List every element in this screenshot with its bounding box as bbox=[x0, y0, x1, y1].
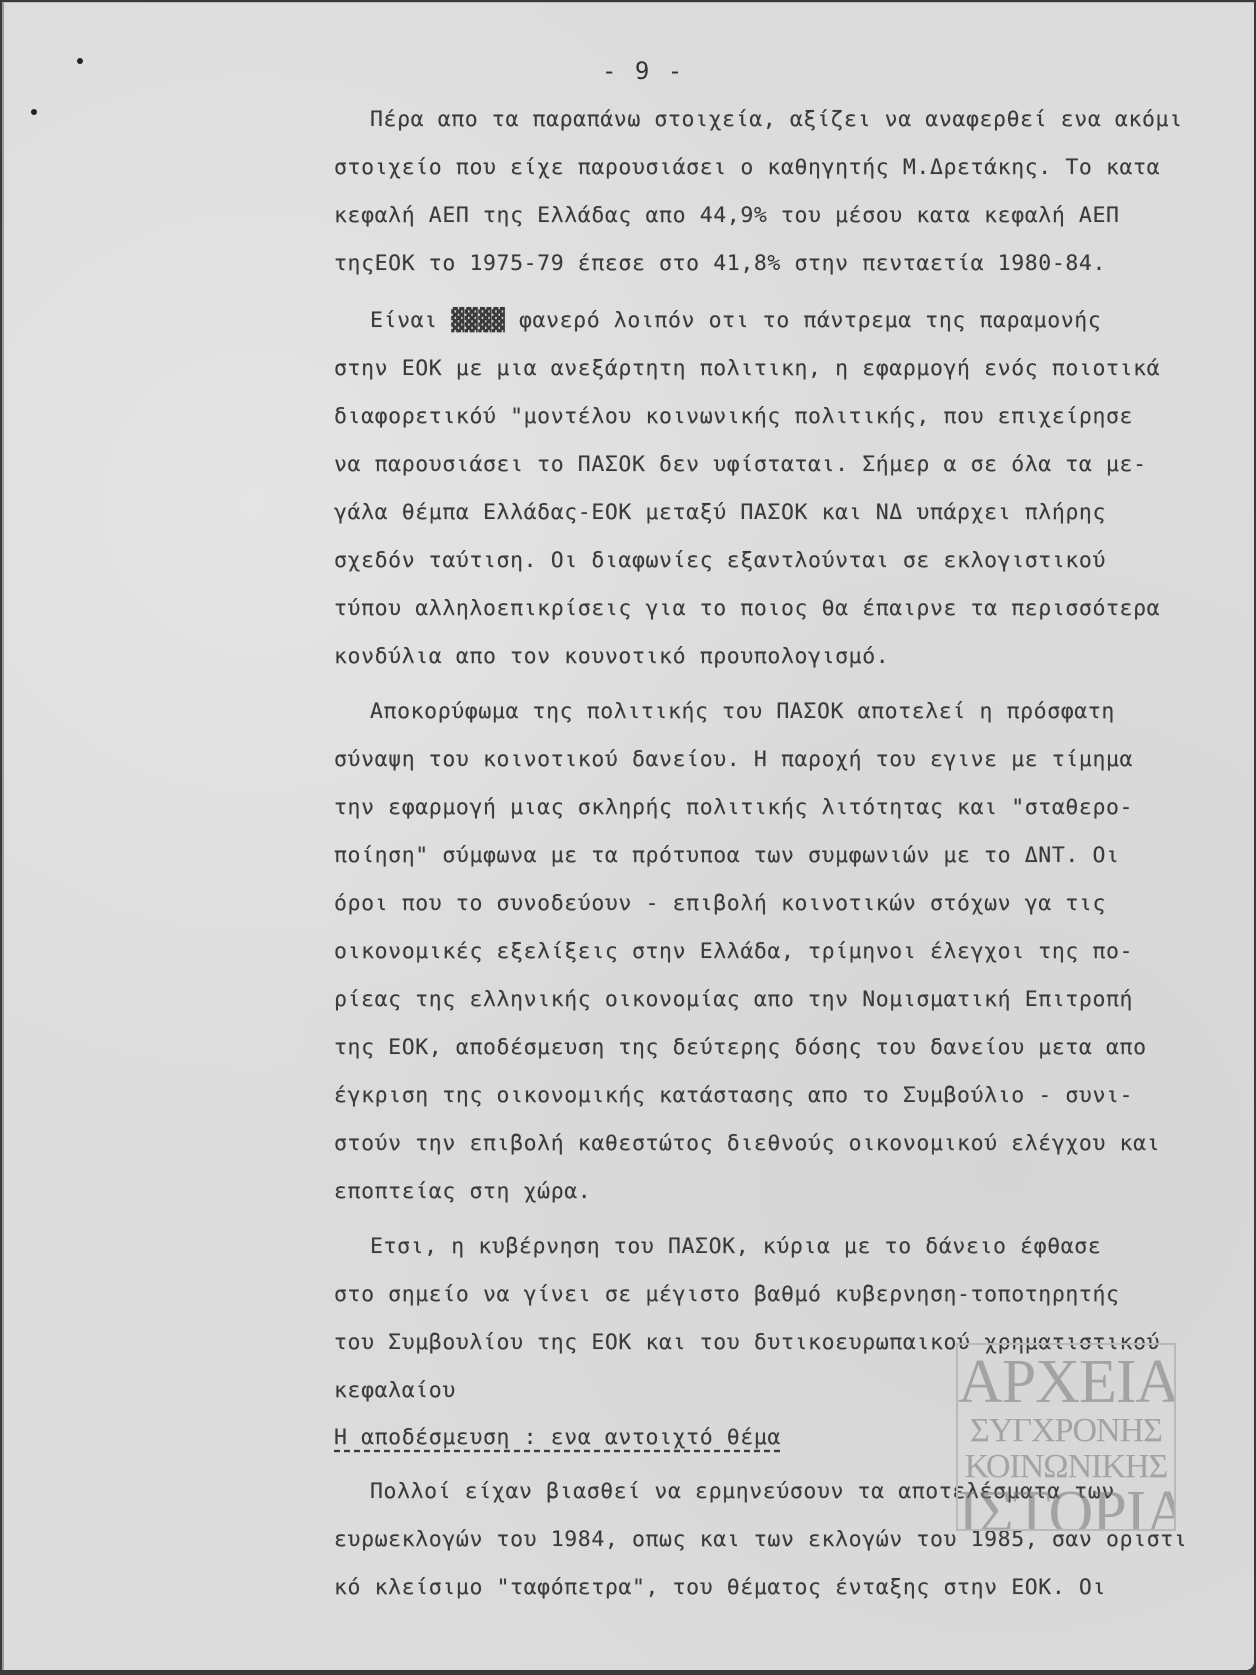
text-line: στούν την επιβολή καθεστώτος διεθνούς οι… bbox=[334, 1131, 1160, 1156]
body-text: Πέρα απο τα παραπάνω στοιχεία, αξίζει να… bbox=[4, 3, 1254, 1670]
text-line: Αποκορύφωμα της πολιτικής του ΠΑΣΟΚ αποτ… bbox=[370, 699, 1115, 724]
text-line: οικονομικές εξελίξεις στην Ελλάδα, τρίμη… bbox=[334, 939, 1133, 964]
text-line: τηςΕΟΚ το 1975-79 έπεσε στο 41,8% στην π… bbox=[334, 251, 1106, 276]
text-line: έγκριση της οικονομικής κατάστασης απο τ… bbox=[334, 1083, 1133, 1108]
text-line: στοιχείο που είχε παρουσιάσει ο καθηγητή… bbox=[334, 155, 1160, 180]
text-line: κό κλείσιμο "ταφόπετρα", του θέματος έντ… bbox=[334, 1575, 1106, 1600]
text-line: κεφαλαίου bbox=[334, 1378, 456, 1403]
text-line: ρίεας της ελληνικής οικονομίας απο την Ν… bbox=[334, 987, 1133, 1012]
text-line: διαφορετικόύ "μοντέλου κοινωνικής πολιτι… bbox=[334, 404, 1133, 429]
text-line: ποίηση" σύμφωνα με τα πρότυποα των συμφω… bbox=[334, 843, 1120, 868]
section-heading: Η αποδέσμευση : ενα αντοιχτό θέμα bbox=[334, 1425, 781, 1450]
text-line: της ΕΟΚ, αποδέσμευση της δεύτερης δόσης … bbox=[334, 1035, 1147, 1060]
text-line: κεφαλή ΑΕΠ της Ελλάδας απο 44,9% του μέσ… bbox=[334, 203, 1120, 228]
text-line: Ετσι, η κυβέρνηση του ΠΑΣΟΚ, κύρια με το… bbox=[370, 1234, 1101, 1259]
text-line: του Συμβουλίου της ΕΟΚ και του δυτικοευρ… bbox=[334, 1330, 1160, 1355]
text-line: Είναι ▓▓▓▓ φανερό λοιπόν οτι το πάντρεμα… bbox=[370, 308, 1101, 333]
text-line: στην ΕΟΚ με μια ανεξάρτητη πολιτικη, η ε… bbox=[334, 356, 1160, 381]
text-line: σύναψη του κοινοτικού δανείου. Η παροχή … bbox=[334, 747, 1133, 772]
text-line: να παρουσιάσει το ΠΑΣΟΚ δεν υφίσταται. Σ… bbox=[334, 452, 1147, 477]
text-line: Πέρα απο τα παραπάνω στοιχεία, αξίζει να… bbox=[370, 107, 1183, 132]
text-line: όροι που το συνοδεύουν - επιβολή κοινοτι… bbox=[334, 891, 1106, 916]
text-line: την εφαρμογή μιας σκληρής πολιτικής λιτό… bbox=[334, 795, 1133, 820]
text-line: κονδύλια απο τον κουνοτικό προυπολογισμό… bbox=[334, 644, 889, 669]
text-line: ευρωεκλογών του 1984, οπως και των εκλογ… bbox=[334, 1527, 1187, 1552]
text-line: τύπου αλληλοεπικρίσεις για το ποιος θα έ… bbox=[334, 596, 1160, 621]
text-line: Πολλοί είχαν βιασθεί να ερμηνεύσουν τα α… bbox=[370, 1479, 1115, 1504]
text-line: εποπτείας στη χώρα. bbox=[334, 1179, 591, 1204]
text-line: σχεδόν ταύτιση. Οι διαφωνίες εξαντλούντα… bbox=[334, 548, 1106, 573]
text-line: στο σημείο να γίνει σε μέγιστο βαθμό κυβ… bbox=[334, 1282, 1120, 1307]
text-line: γάλα θέμπα Ελλάδας-ΕΟΚ μεταξύ ΠΑΣΟΚ και … bbox=[334, 500, 1106, 525]
document-page: - 9 - Πέρα απο τα παραπάνω στοιχεία, αξί… bbox=[2, 2, 1254, 1670]
